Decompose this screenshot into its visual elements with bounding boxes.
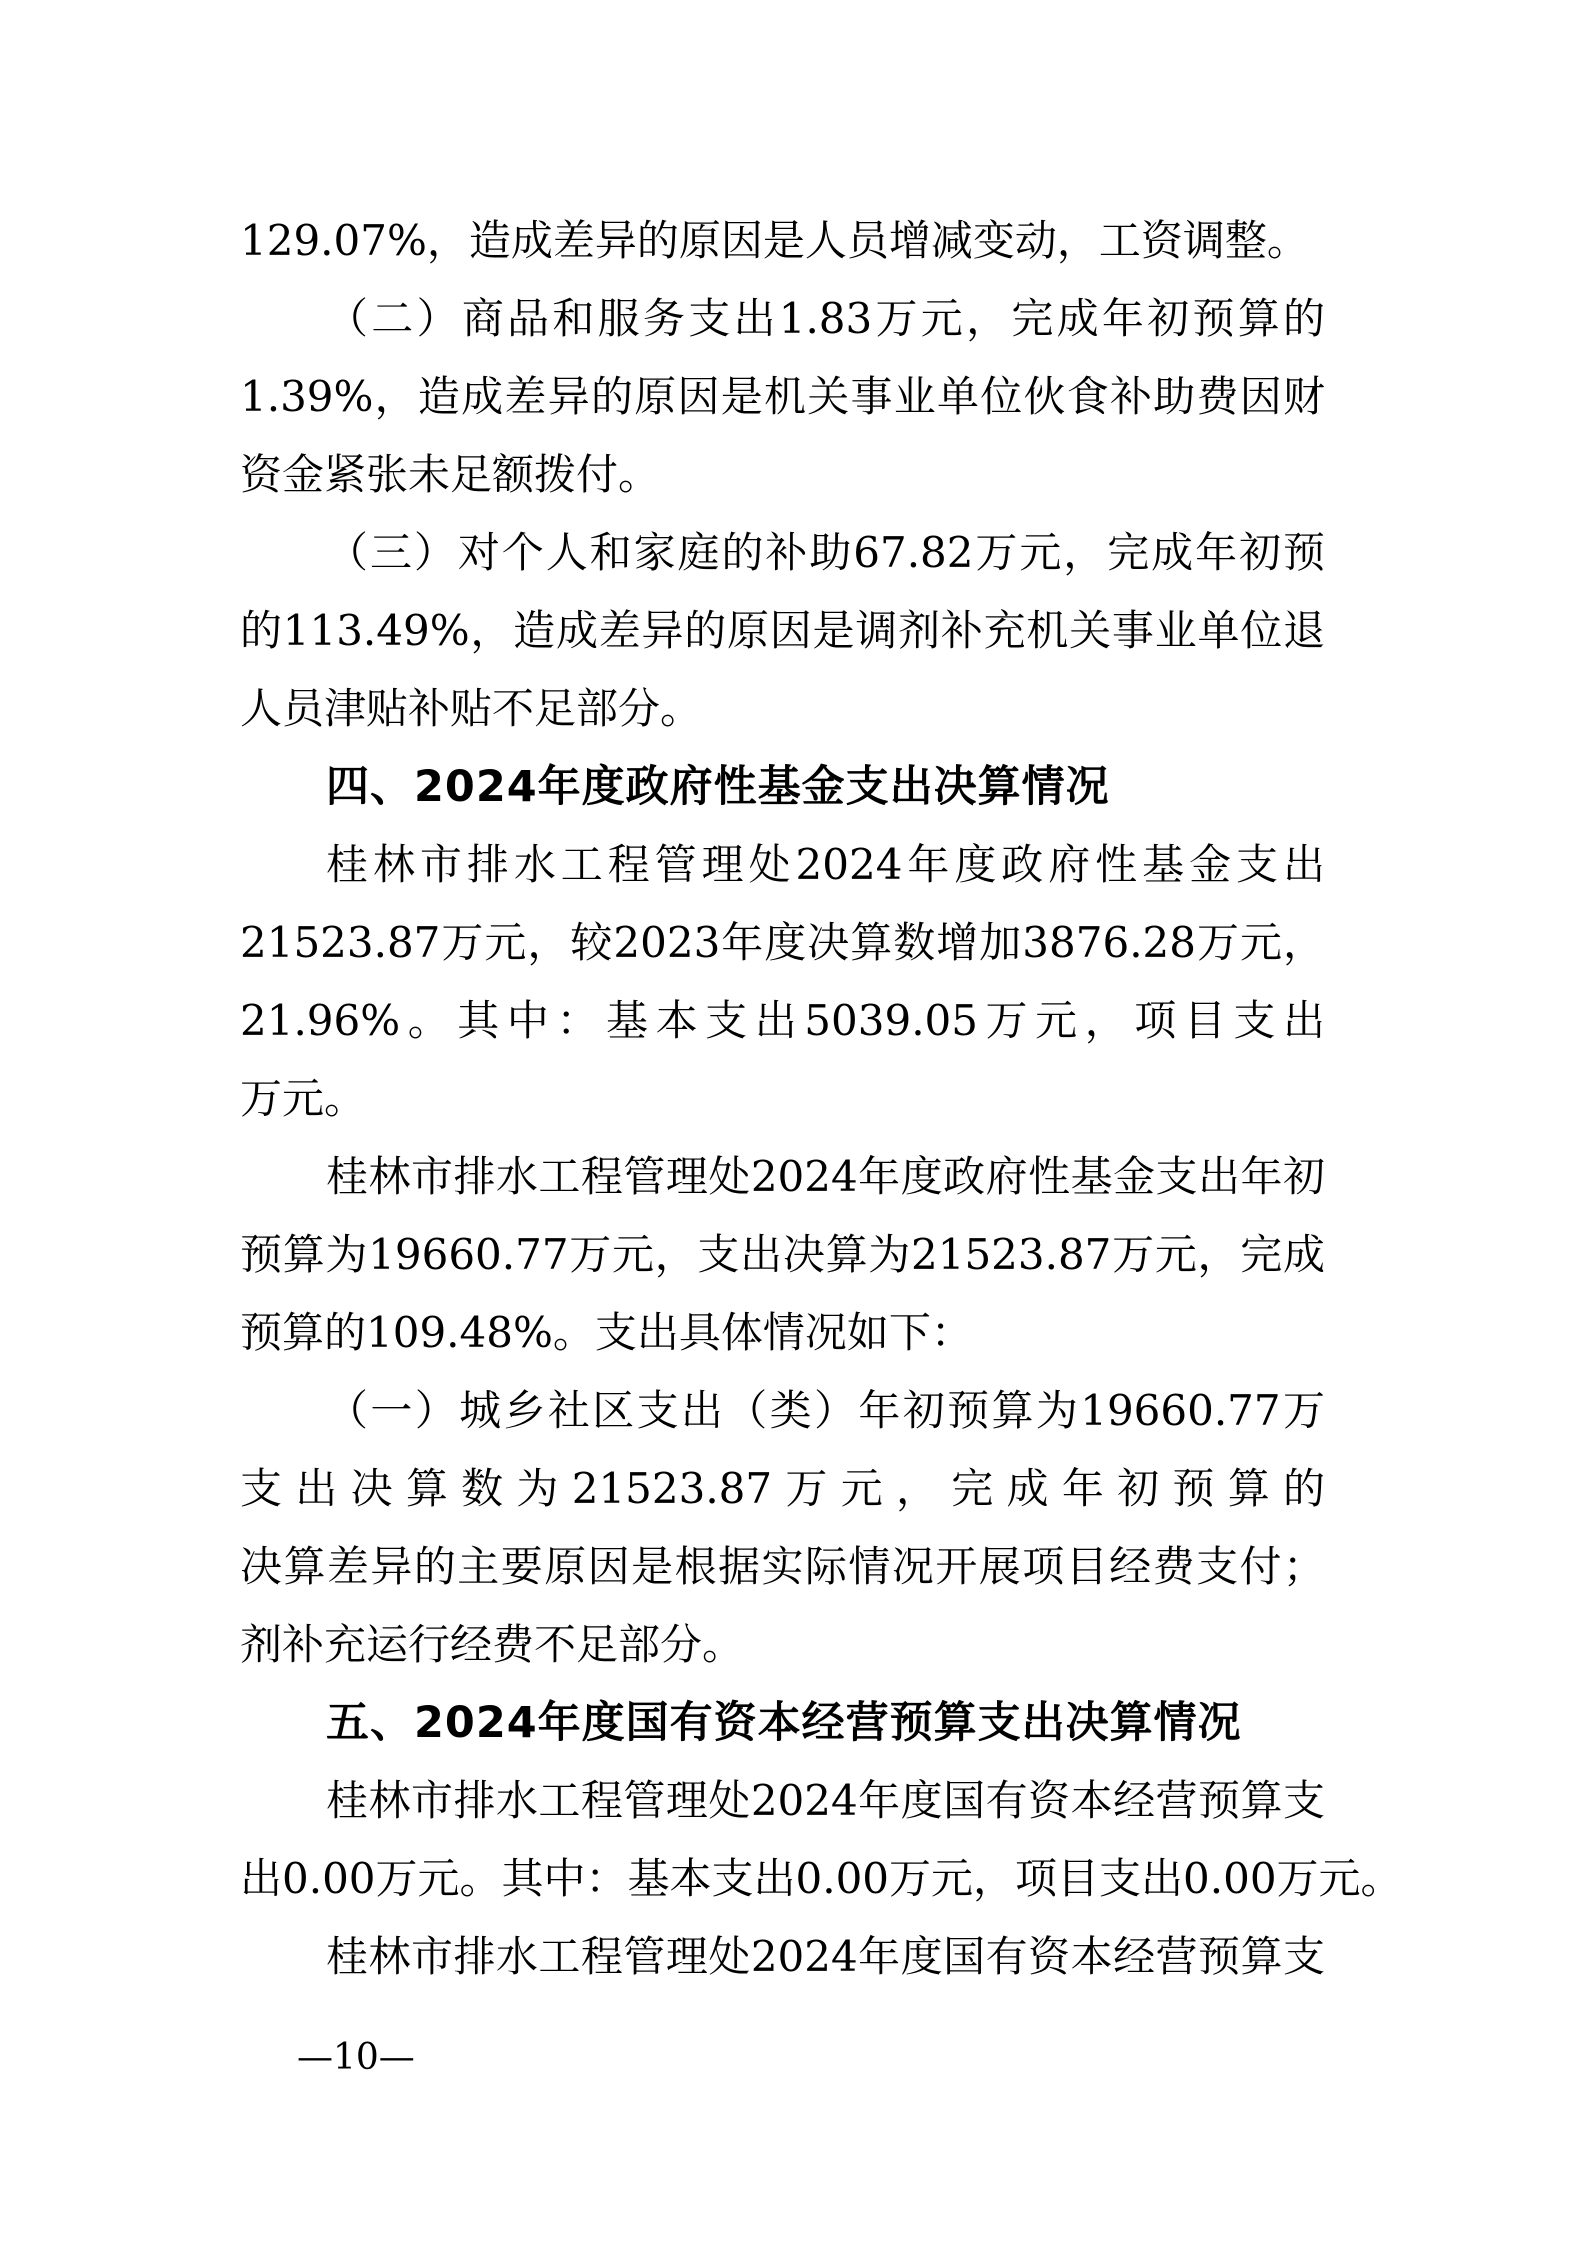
text-line: 1.39%，造成差异的原因是机关事业单位伙食补助费因财政 [240,358,1325,436]
text-line: 桂林市排水工程管理处2024年度国有资本经营预算支 [240,1762,1325,1840]
text-line: 的113.49%，造成差异的原因是调剂补充机关事业单位退休 [240,592,1325,670]
text-line: 决算差异的主要原因是根据实际情况开展项目经费支付；调 [240,1528,1325,1606]
text-line: 桂林市排水工程管理处2024年度政府性基金支出年初 [240,1138,1325,1216]
text-line: 剂补充运行经费不足部分。 [240,1606,1325,1684]
document-page: 129.07%，造成差异的原因是人员增减变动，工资调整。（二）商品和服务支出1.… [0,0,1587,2245]
section-heading: 五、2024年度国有资本经营预算支出决算情况 [240,1684,1325,1762]
text-line: （二）商品和服务支出1.83万元，完成年初预算的 [240,280,1325,358]
text-line: 预算的109.48%。支出具体情况如下： [240,1294,1325,1372]
text-line: 129.07%，造成差异的原因是人员增减变动，工资调整。 [240,202,1325,280]
text-line: 资金紧张未足额拨付。 [240,436,1325,514]
text-line: （一）城乡社区支出（类）年初预算为19660.77万元， [240,1372,1325,1450]
text-line: 万元。 [240,1060,1325,1138]
text-line: （三）对个人和家庭的补助67.82万元，完成年初预算 [240,514,1325,592]
section-heading: 四、2024年度政府性基金支出决算情况 [240,748,1325,826]
text-line: 预算为19660.77万元，支出决算为21523.87万元，完成年初 [240,1216,1325,1294]
page-number: —10— [297,2036,415,2080]
document-body: 129.07%，造成差异的原因是人员增减变动，工资调整。（二）商品和服务支出1.… [240,202,1325,1996]
text-line: 支出决算数为21523.87万元，完成年初预算的109.48%，预 [240,1450,1325,1528]
text-line: 出0.00万元。其中：基本支出0.00万元，项目支出0.00万元。 [240,1840,1325,1918]
text-line: 人员津贴补贴不足部分。 [240,670,1325,748]
text-line: 桂林市排水工程管理处2024年度政府性基金支出 [240,826,1325,904]
text-line: 21523.87万元，较2023年度决算数增加3876.28万元，增长 [240,904,1325,982]
text-line: 21.96%。其中：基本支出5039.05万元，项目支出16484.82 [240,982,1325,1060]
text-line: 桂林市排水工程管理处2024年度国有资本经营预算支 [240,1918,1325,1996]
